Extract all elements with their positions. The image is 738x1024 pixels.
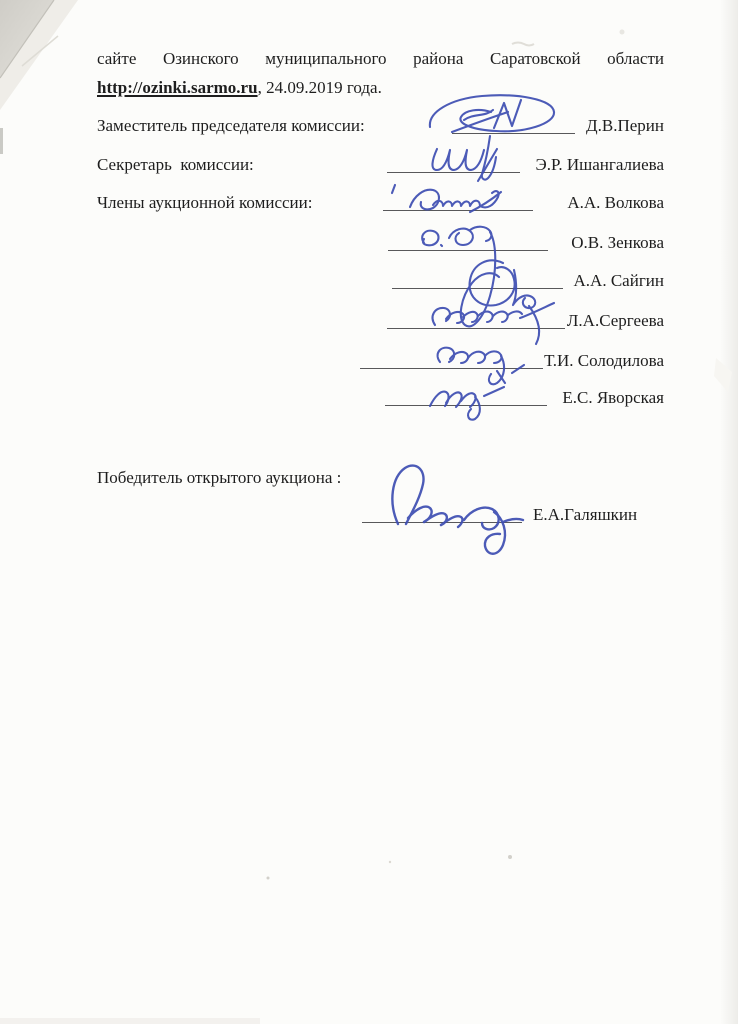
scanned-document-page: сайте Озинского муниципального района Са…: [0, 0, 738, 1024]
signatory-name-ishangalieva: Э.Р. Ишангалиева: [536, 155, 664, 175]
signatory-name-sergeeva: Л.А.Сергеева: [567, 311, 664, 331]
speck: [267, 877, 270, 880]
signature-saygin-ink: [470, 260, 540, 344]
signature-sergeeva-ink: [433, 303, 554, 325]
signature-ishangalieva-ink: [432, 136, 497, 181]
winner-name-galyashkin: Е.А.Галяшкин: [533, 505, 637, 525]
header-date-text: , 24.09.2019 года.: [258, 78, 382, 97]
signature-line: [362, 522, 522, 523]
header-line-2: http://ozinki.sarmo.ru, 24.09.2019 года.: [97, 77, 664, 99]
signature-galyashkin-ink: [392, 466, 523, 554]
signature-line: [385, 405, 547, 406]
site-url-link[interactable]: http://ozinki.sarmo.ru: [97, 78, 258, 97]
signature-line: [388, 250, 548, 251]
signatory-name-solodilova: Т.И. Солодилова: [544, 351, 664, 371]
signature-perin-ink: [430, 95, 554, 132]
header-word: Озинского: [163, 48, 239, 70]
bottom-edge-shade: [0, 1018, 260, 1024]
header-word: района: [413, 48, 463, 70]
signatory-name-saygin: А.А. Сайгин: [574, 271, 664, 291]
signature-solodilova-ink: [438, 348, 524, 385]
speck: [389, 861, 391, 863]
header-word: области: [607, 48, 664, 70]
fold-corner: [0, 0, 54, 78]
signature-line: [387, 328, 565, 329]
header-line-1: сайте Озинского муниципального района Са…: [97, 48, 664, 70]
role-label-secretary: Секретарь комиссии:: [97, 155, 254, 175]
header-word: Саратовской: [490, 48, 581, 70]
header-word: сайте: [97, 48, 136, 70]
speck: [508, 855, 512, 859]
winner-label: Победитель открытого аукциона :: [97, 468, 341, 488]
signatory-name-yavorskaya: Е.С. Яворская: [562, 388, 664, 408]
signature-line: [452, 133, 575, 134]
fold-highlight: [0, 0, 78, 110]
header-word: муниципального: [265, 48, 386, 70]
right-crease-mark: [714, 358, 732, 392]
right-edge-shadow: [720, 0, 738, 1024]
signature-yavorskaya-ink: [430, 387, 504, 420]
signature-line: [360, 368, 543, 369]
signatory-name-volkova: А.А. Волкова: [567, 193, 664, 213]
left-edge-shadow: [0, 128, 3, 154]
role-label-deputy-chair: Заместитель председателя комиссии:: [97, 116, 365, 136]
role-label-members: Члены аукционной комиссии:: [97, 193, 312, 213]
signatory-name-perin: Д.В.Перин: [586, 116, 664, 136]
signature-volkova-ink: [392, 185, 501, 212]
header-paragraph: сайте Озинского муниципального района Са…: [97, 48, 664, 99]
signature-zenkova-ink: [422, 227, 499, 327]
signature-line: [387, 172, 520, 173]
signatory-name-zenkova: О.В. Зенкова: [571, 233, 664, 253]
fold-crease-faint: [22, 36, 58, 66]
smudge: [512, 43, 534, 46]
signature-line: [392, 288, 563, 289]
speck: [620, 30, 625, 35]
fold-crease-line: [0, 0, 54, 78]
signature-line: [383, 210, 533, 211]
